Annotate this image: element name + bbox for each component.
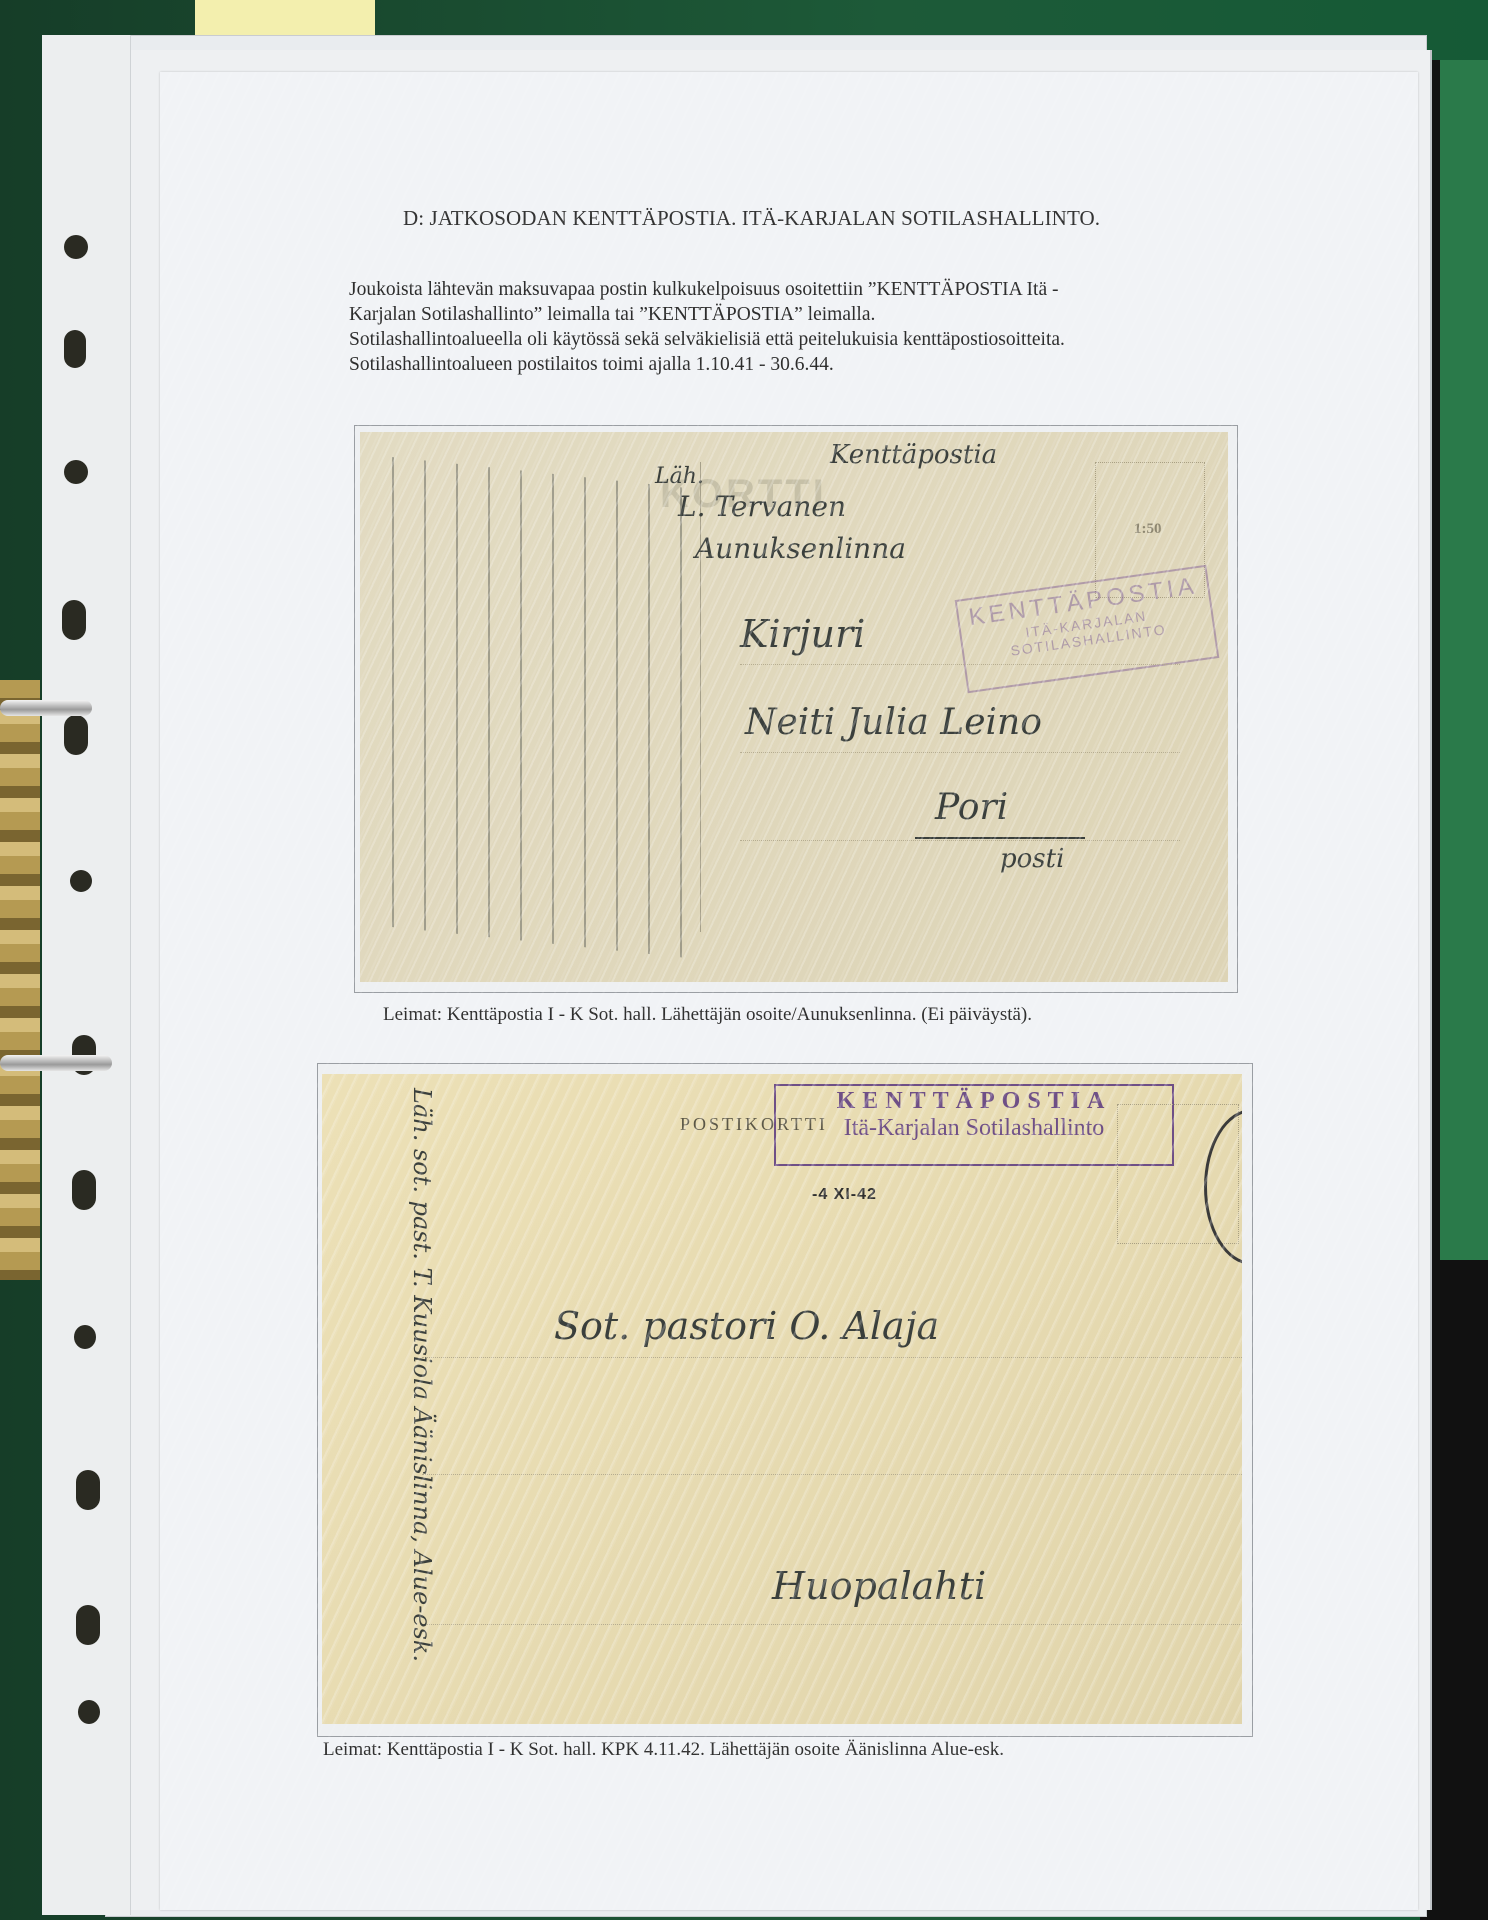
handwriting-address-posti: posti (1000, 844, 1064, 874)
address-line (422, 1624, 1242, 1625)
handwriting-address-title: Kirjuri (740, 612, 865, 656)
punch-hole (74, 1325, 96, 1349)
address-line (422, 1357, 1242, 1358)
punch-hole (72, 1170, 96, 1210)
sleeve-glare (322, 1074, 1242, 1724)
card-caption: Leimat: Kenttäpostia I - K Sot. hall. KP… (323, 1739, 1004, 1761)
city-underline (915, 837, 1085, 839)
address-line (740, 752, 1180, 753)
handwriting-address-name: Sot. pastori O. Alaja (554, 1304, 939, 1348)
binder-edge-green (1440, 60, 1488, 1260)
binder-ring (0, 700, 92, 716)
cachet-line: KENTTÄPOSTIA (776, 1088, 1172, 1115)
punch-hole (64, 330, 86, 368)
binder-ring (0, 1055, 112, 1071)
postcard-2: POSTIKORTTI KENTTÄPOSTIA Itä-Karjalan So… (322, 1074, 1242, 1724)
intro-paragraph: Joukoista lähtevän maksuvapaa postin kul… (349, 277, 1065, 377)
handwriting-sender-place: Aunuksenlinna (695, 532, 906, 565)
cachet-line: Itä-Karjalan Sotilashallinto (776, 1115, 1172, 1142)
address-line (740, 664, 1180, 665)
handwriting-sender-vertical: Läh. sot. past. T. Kuusiola Äänislinna, … (408, 1088, 436, 1648)
page-title: D: JATKOSODAN KENTTÄPOSTIA. ITÄ-KARJALAN… (403, 206, 1100, 231)
stamp-value: 1:50 (1134, 521, 1162, 538)
handwriting-address-name: Neiti Julia Leino (745, 702, 1042, 743)
intro-line: Karjalan Sotilashallinto” leimalla tai ”… (349, 302, 1065, 327)
handwriting-address-city: Huopalahti (772, 1564, 986, 1608)
punch-hole (62, 600, 86, 640)
handwriting-kenttapostia: Kenttäpostia (830, 440, 997, 470)
kpk-date-stamp: -4 XI-42 (812, 1186, 877, 1204)
punch-hole (64, 235, 88, 259)
punch-hole (78, 1700, 100, 1724)
card-caption: Leimat: Kenttäpostia I - K Sot. hall. Lä… (383, 1004, 1032, 1026)
intro-line: Sotilashallintoalueella oli käytössä sek… (349, 327, 1065, 352)
handwriting-sender-name: L. Tervanen (678, 490, 846, 523)
kenttapostia-cachet: KENTTÄPOSTIA Itä-Karjalan Sotilashallint… (774, 1084, 1174, 1166)
intro-line: Sotilashallintoalueen postilaitos toimi … (349, 352, 1065, 377)
handwriting-address-city: Pori (935, 787, 1008, 828)
punch-hole (76, 1470, 100, 1510)
punch-hole (76, 1605, 100, 1645)
postcard-1: KORTTI 1:50 KENTTÄPOSTIA ITÄ-KARJALAN SO… (360, 432, 1228, 982)
kenttapostia-cachet: KENTTÄPOSTIA ITÄ-KARJALAN SOTILASHALLINT… (955, 565, 1220, 693)
handwritten-message (360, 432, 700, 982)
address-line (740, 840, 1180, 841)
intro-line: Joukoista lähtevän maksuvapaa postin kul… (349, 277, 1065, 302)
punch-hole (70, 870, 92, 892)
punch-hole (64, 715, 88, 755)
punch-hole (64, 460, 88, 484)
address-line (422, 1474, 1242, 1475)
binder-spine-pattern (0, 680, 40, 1280)
punched-margin-strip (42, 35, 131, 1915)
